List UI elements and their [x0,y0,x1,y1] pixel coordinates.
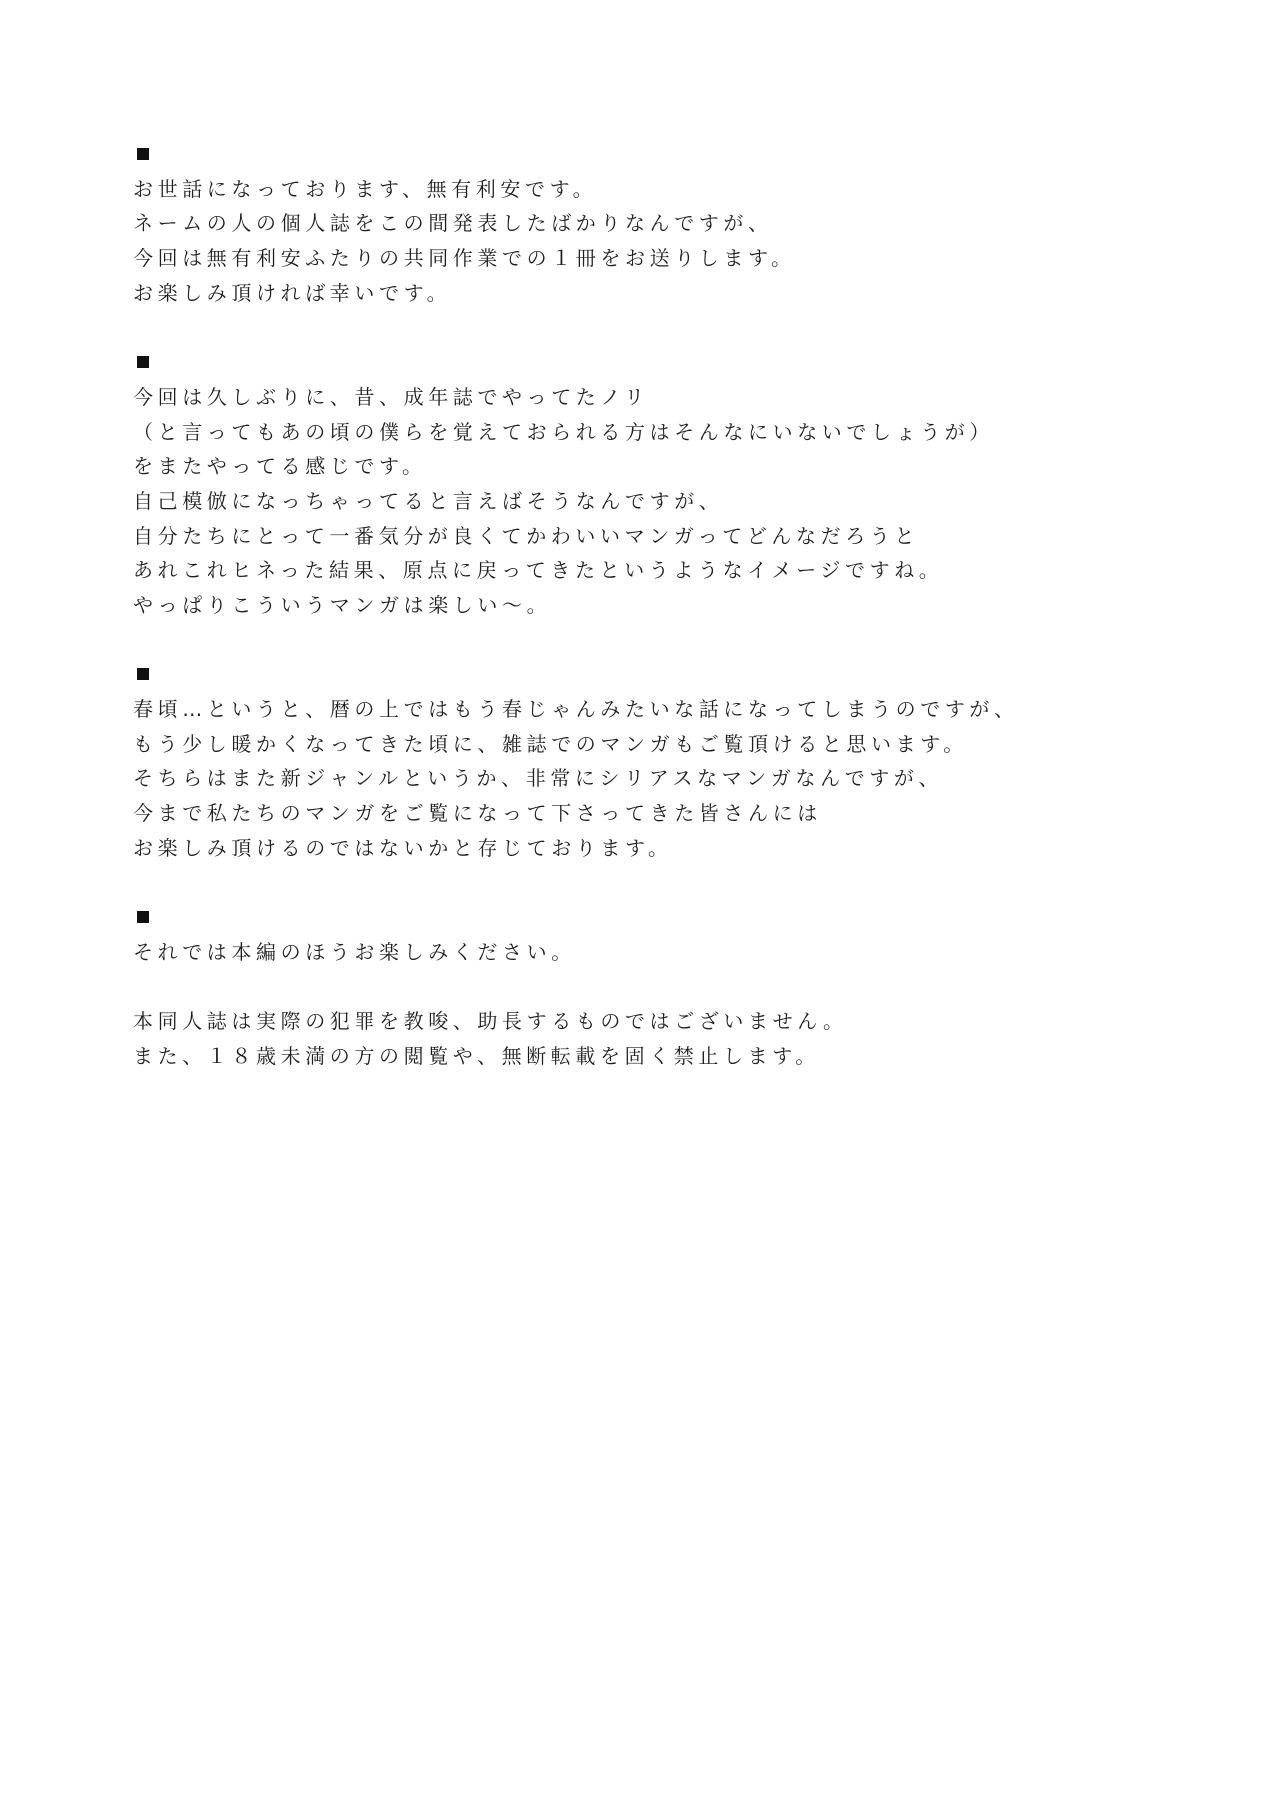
blank-line [133,970,1233,1005]
text-line: お楽しみ頂けるのではないかと存じております。 [133,831,1233,866]
disclaimer-line: また、１８歳未満の方の閲覧や、無断転載を固く禁止します。 [133,1039,1233,1074]
section-marker-row [133,137,1233,172]
square-bullet-icon [137,911,149,923]
text-line: それでは本編のほうお楽しみください。 [133,935,1233,970]
text-line: 今回は無有利安ふたりの共同作業での１冊をお送りします。 [133,241,1233,276]
disclaimer: 本同人誌は実際の犯罪を教唆、助長するものではございません。 また、１８歳未満の方… [133,1004,1233,1073]
text-line: 春頃…というと、暦の上ではもう春じゃんみたいな話になってしまうのですが、 [133,692,1233,727]
text-line: 今まで私たちのマンガをご覧になって下さってきた皆さんには [133,796,1233,831]
blank-line [133,310,1233,345]
text-line: お楽しみ頂ければ幸いです。 [133,276,1233,311]
text-line: 今回は久しぶりに、昔、成年誌でやってたノリ [133,380,1233,415]
blank-line [133,865,1233,900]
afterword-document: お世話になっております、無有利安です。 ネームの人の個人誌をこの間発表したばかり… [133,137,1233,1074]
blank-line [133,623,1233,658]
square-bullet-icon [137,356,149,368]
section-closing: それでは本編のほうお楽しみください。 [133,900,1233,969]
text-line: もう少し暖かくなってきた頃に、雑誌でのマンガもご覧頂けると思います。 [133,727,1233,762]
section-marker-row [133,657,1233,692]
section-marker-row [133,900,1233,935]
text-line: をまたやってる感じです。 [133,449,1233,484]
text-line: 自分たちにとって一番気分が良くてかわいいマンガってどんなだろうと [133,519,1233,554]
section-concept: 今回は久しぶりに、昔、成年誌でやってたノリ （と言ってもあの頃の僕らを覚えておら… [133,345,1233,623]
text-line: そちらはまた新ジャンルというか、非常にシリアスなマンガなんですが、 [133,761,1233,796]
text-line: やっぱりこういうマンガは楽しい～。 [133,588,1233,623]
text-line: あれこれヒネった結果、原点に戻ってきたというようなイメージですね。 [133,553,1233,588]
square-bullet-icon [137,668,149,680]
square-bullet-icon [137,148,149,160]
disclaimer-line: 本同人誌は実際の犯罪を教唆、助長するものではございません。 [133,1004,1233,1039]
section-announcement: 春頃…というと、暦の上ではもう春じゃんみたいな話になってしまうのですが、 もう少… [133,657,1233,865]
text-line: ネームの人の個人誌をこの間発表したばかりなんですが、 [133,206,1233,241]
section-greeting: お世話になっております、無有利安です。 ネームの人の個人誌をこの間発表したばかり… [133,137,1233,310]
text-line: 自己模倣になっちゃってると言えばそうなんですが、 [133,484,1233,519]
section-marker-row [133,345,1233,380]
text-line: お世話になっております、無有利安です。 [133,172,1233,207]
text-line: （と言ってもあの頃の僕らを覚えておられる方はそんなにいないでしょうが） [133,415,1233,450]
